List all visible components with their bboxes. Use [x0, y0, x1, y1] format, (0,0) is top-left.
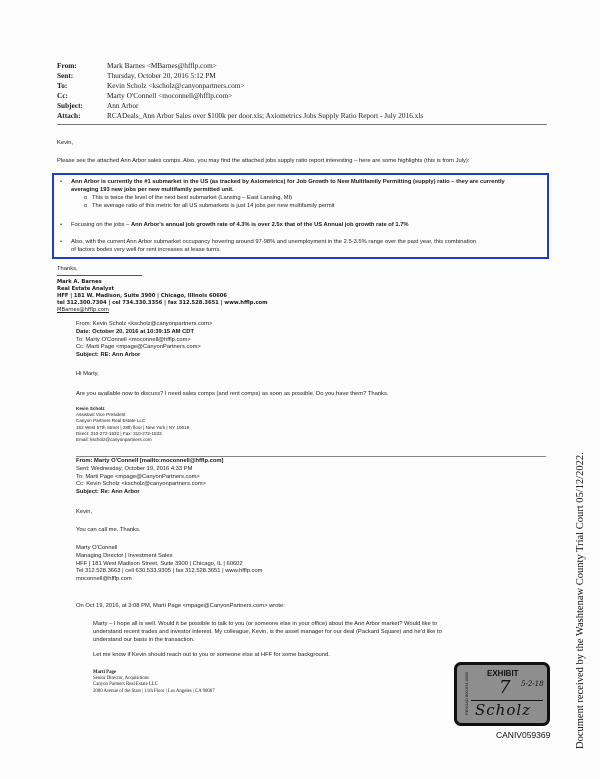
fwd3-header: On Oct 19, 2016, at 3:08 PM, Marti Page … — [76, 603, 285, 611]
highlight-subbullet-1: o This is twice the level of the next be… — [92, 194, 292, 202]
fwd3-signature: Marti Page Senior Director, Acquisitions… — [93, 670, 215, 695]
attach-label: Attach: — [57, 111, 107, 121]
highlight-bullet-1: • Ann Arbor is currently the #1 submarke… — [71, 178, 541, 194]
fwd3-paragraph-1: Marty – I hope all is well. Would it be … — [93, 620, 523, 644]
subbullet-2-text: The average ratio of this metric for all… — [92, 203, 335, 209]
signature-divider — [57, 275, 142, 276]
to-label: To: — [57, 81, 107, 91]
bullet-2-bold: Ann Arbor's annual job growth rate of 4.… — [131, 222, 409, 228]
sent-value: Thursday, October 20, 2016 5:12 PM — [107, 71, 216, 81]
bullet-3-line-2: of factors bodes very well for rent incr… — [71, 246, 476, 254]
fwd1-cc: Cc: Marti Page <mpage@CanyonPartners.com… — [76, 344, 212, 352]
fwd3-p1-line-1: Marty – I hope all is well. Would it be … — [93, 620, 523, 628]
fwd2-sig-title: Managing Director | Investment Sales — [76, 553, 263, 561]
fwd1-sig-address: 152 West 57th Street | 28th floor | New … — [76, 425, 189, 431]
from-label: From: — [57, 61, 107, 71]
header-divider — [57, 124, 547, 125]
intro-paragraph: Please see the attached Ann Arbor sales … — [57, 157, 469, 165]
sticker-number: 7 — [499, 677, 510, 698]
document-page: From:Mark Barnes <MBarnes@hfflp.com> Sen… — [0, 0, 600, 779]
highlight-bullet-3: • Also, with the current Ann Arbor subma… — [71, 238, 476, 254]
exhibit-sticker: PENGAD 800-631-6989 EXHIBIT 7 5-2-18 Sch… — [454, 662, 550, 726]
sig-barnes-email-link[interactable]: MBarnes@hfflp.com — [57, 307, 109, 313]
fwd1-greeting: Hi Marty, — [76, 371, 99, 379]
forward-2-header: From: Marty O'Connell [mailto:moconnell@… — [76, 458, 223, 497]
fwd2-greeting: Kevin, — [76, 509, 92, 517]
fwd3-p1-line-2: understand recent trades and investor in… — [93, 628, 523, 636]
bullet-3-line-1: Also, with the current Ann Arbor submark… — [71, 238, 476, 246]
from-value: Mark Barnes <MBarnes@hfflp.com> — [107, 61, 217, 71]
fwd2-from: From: Marty O'Connell [mailto:moconnell@… — [76, 458, 223, 466]
bullet-icon: • — [60, 221, 62, 229]
fwd1-sig-email[interactable]: Email: kscholz@canyonpartners.com — [76, 437, 189, 443]
signature-barnes: Mark A. Barnes Real Estate Analyst HFF |… — [57, 279, 268, 314]
highlight-bullet-2: • Focusing on the jobs – Ann Arbor's ann… — [71, 221, 409, 229]
fwd2-sig-address: HFF | 181 West Madison Street, Suite 390… — [76, 561, 263, 569]
sticker-vendor: PENGAD 800-631-6989 — [464, 672, 469, 715]
fwd1-signature: Kevin Scholz Assistant Vice President Ca… — [76, 406, 189, 443]
forward-1-header: From: Kevin Scholz <kscholz@canyonpartne… — [76, 321, 212, 360]
subbullet-icon: o — [84, 194, 87, 202]
fwd2-cc: Cc: Kevin Scholz <kscholz@canyonpartners… — [76, 481, 223, 489]
sig-barnes-title: Real Estate Analyst — [57, 286, 114, 292]
bullet-2-lead: Focusing on the jobs – — [71, 222, 131, 228]
to-value: Kevin Scholz <kscholz@canyonpartners.com… — [107, 81, 245, 91]
fwd2-signature: Marty O'Connell Managing Director | Inve… — [76, 545, 263, 584]
fwd3-sig-address: 2000 Avenue of the Stars | 11th Floor | … — [93, 689, 215, 695]
fwd3-p1-line-3: understand our basis in the transaction. — [93, 636, 523, 644]
bates-number: CANIV059369 — [496, 730, 550, 740]
bullet-1-line-1: Ann Arbor is currently the #1 submarket … — [71, 178, 541, 186]
cc-value: Marty O'Connell <moconnell@hfflp.com> — [107, 91, 232, 101]
email-header: From:Mark Barnes <MBarnes@hfflp.com> Sen… — [57, 61, 423, 121]
court-received-stamp: Document received by the Washtenaw Count… — [575, 452, 586, 749]
sticker-deponent: Scholz — [475, 701, 531, 719]
bullet-icon: • — [60, 178, 62, 186]
fwd1-message: Are you available now to discuss? I need… — [76, 391, 388, 399]
sticker-date: 5-2-18 — [521, 680, 544, 688]
fwd1-from: From: Kevin Scholz <kscholz@canyonpartne… — [76, 321, 212, 329]
fwd2-message: You can call me. Thanks. — [76, 527, 140, 535]
fwd3-paragraph-2: Let me know if Kevin should reach out to… — [93, 651, 523, 659]
subject-value: Ann Arbor — [107, 101, 138, 111]
sig-barnes-phones: tel 312.300.7304 | cel 734.330.3356 | fa… — [57, 300, 268, 306]
sig-barnes-address: HFF | 181 W. Madison, Suite 3900 | Chica… — [57, 293, 227, 299]
fwd2-sig-phones: Tel 312.528.3663 | cell 630.533.9305 | f… — [76, 568, 263, 576]
fwd2-subject: Subject: Re: Ann Arbor — [76, 489, 223, 497]
fwd2-to: To: Marti Page <mpage@CanyonPartners.com… — [76, 474, 223, 482]
fwd2-sig-email[interactable]: moconnell@hfflp.com — [76, 576, 263, 584]
fwd2-sent: Sent: Wednesday, October 19, 2016 4:33 P… — [76, 466, 223, 474]
closing: Thanks, — [57, 265, 78, 273]
subbullet-icon: o — [84, 202, 87, 210]
highlight-subbullet-2: o The average ratio of this metric for a… — [92, 202, 335, 210]
forward-divider — [76, 456, 546, 457]
sent-label: Sent: — [57, 71, 107, 81]
sig-barnes-name: Mark A. Barnes — [57, 279, 102, 285]
attach-value: RCADeals_Ann Arbor Sales over $100k per … — [107, 111, 423, 121]
greeting: Kevin, — [57, 139, 73, 147]
fwd1-date: Date: October 20, 2016 at 10:39:15 AM CD… — [76, 329, 212, 337]
subbullet-1-text: This is twice the level of the next best… — [92, 195, 292, 201]
bullet-1-line-2: averaging 193 new jobs per new multifami… — [71, 186, 541, 194]
subject-label: Subject: — [57, 101, 107, 111]
fwd2-sig-name: Marty O'Connell — [76, 545, 263, 553]
fwd1-subject: Subject: RE: Ann Arbor — [76, 352, 212, 360]
bullet-icon: • — [60, 238, 62, 246]
cc-label: Cc: — [57, 91, 107, 101]
fwd1-to: To: Marty O'Connell <moconnell@hfflp.com… — [76, 337, 212, 345]
